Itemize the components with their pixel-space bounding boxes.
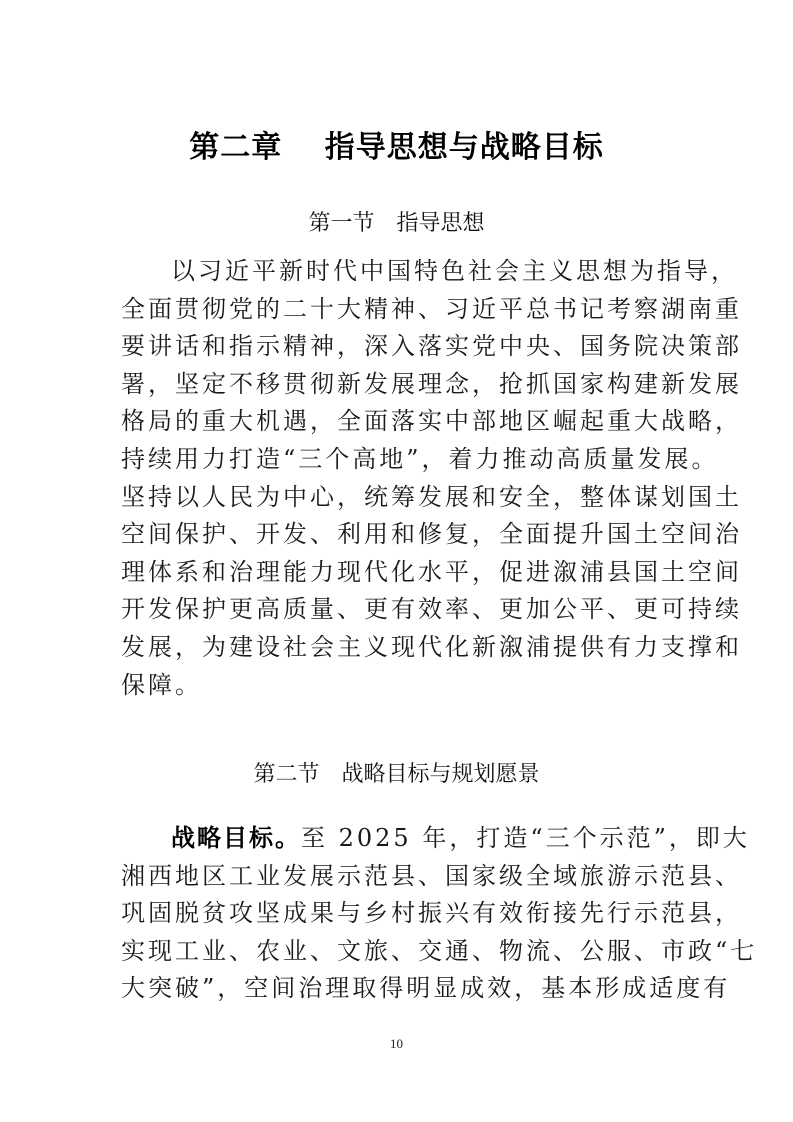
page-number: 10 — [0, 1036, 793, 1052]
section-title-strategic-goals: 第二节 战略目标与规划愿景 — [0, 757, 793, 788]
text-line: 格局的重大机遇，全面落实中部地区崛起重大战略， — [121, 403, 669, 441]
text-line: 大突破”，空间治理取得明显成效，基本形成适度有 — [121, 970, 669, 1008]
text-line: 要讲话和指示精神，深入落实党中央、国务院决策部 — [121, 328, 669, 366]
text-line: 以习近平新时代中国特色社会主义思想为指导， — [121, 253, 669, 291]
text-line: 理体系和治理能力现代化水平，促进溆浦县国土空间 — [121, 554, 669, 592]
document-page: 第二章 指导思想与战略目标 第一节 指导思想 以习近平新时代中国特色社会主义思想… — [0, 0, 793, 1122]
text-line: 湘西地区工业发展示范县、国家级全域旅游示范县、 — [121, 858, 669, 896]
text-line-with-lead: 战略目标。至 2025 年，打造“三个示范”，即大 — [121, 820, 669, 858]
section-title-guiding-ideology: 第一节 指导思想 — [0, 206, 793, 237]
text-line: 坚持以人民为中心，统筹发展和安全，整体谋划国土 — [121, 479, 669, 517]
text-line: 署，坚定不移贯彻新发展理念，抢抓国家构建新发展 — [121, 366, 669, 404]
text-line: 巩固脱贫攻坚成果与乡村振兴有效衔接先行示范县， — [121, 895, 669, 933]
text-line: 持续用力打造“三个高地”，着力推动高质量发展。 — [121, 441, 669, 479]
text-line: 实现工业、农业、文旅、交通、物流、公服、市政“七 — [121, 933, 669, 971]
text-line: 至 2025 年，打造“三个示范”，即大 — [301, 824, 750, 852]
text-line: 保障。 — [121, 667, 669, 705]
bold-lead-term: 战略目标。 — [171, 824, 301, 852]
paragraph-guiding-ideology: 以习近平新时代中国特色社会主义思想为指导， 全面贯彻党的二十大精神、习近平总书记… — [121, 253, 669, 704]
paragraph-strategic-goals: 战略目标。至 2025 年，打造“三个示范”，即大 湘西地区工业发展示范县、国家… — [121, 820, 669, 1008]
text-line: 空间保护、开发、利用和修复，全面提升国土空间治 — [121, 516, 669, 554]
chapter-title: 第二章 指导思想与战略目标 — [0, 122, 793, 166]
text-line: 开发保护更高质量、更有效率、更加公平、更可持续 — [121, 591, 669, 629]
text-line: 全面贯彻党的二十大精神、习近平总书记考察湖南重 — [121, 291, 669, 329]
text-line: 发展，为建设社会主义现代化新溆浦提供有力支撑和 — [121, 629, 669, 667]
